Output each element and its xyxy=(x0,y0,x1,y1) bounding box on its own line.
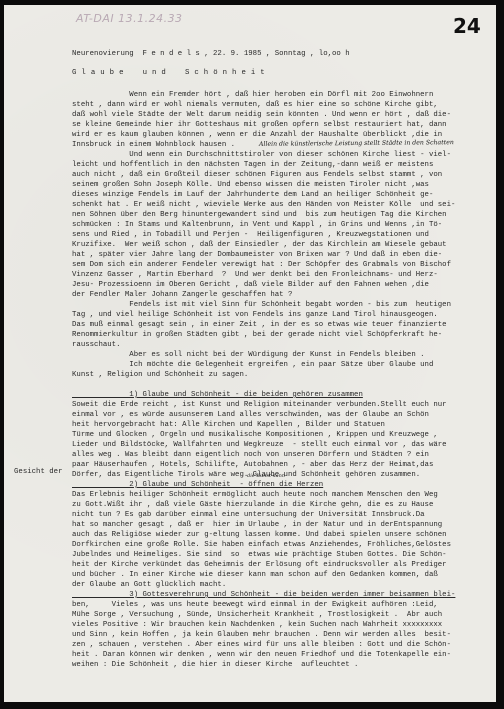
text-line: Tag , und viel heilige Schönheit ist von… xyxy=(72,310,455,320)
text-line: auch das Religiöse wieder zur g-eltung l… xyxy=(72,530,455,540)
text-line: Vinzenz Gasser , Martin Eberhard ? Und w… xyxy=(72,270,455,280)
text-line: nicht tun ? Es gab darüber einmal eine u… xyxy=(72,510,455,520)
text-line: Soweit die Erde reicht , ist Kunst und R… xyxy=(72,400,455,410)
text-line: rausschaut. xyxy=(72,340,455,350)
archive-stamp: AT-DAI 13.1.24.33 xyxy=(76,12,183,25)
text-line: heit der Kirche verkündet das Geheimnis … xyxy=(72,560,455,570)
text-line: wird er es kaum glauben können , wenn er… xyxy=(72,130,455,140)
text-line: alles weg . Was bleibt dann eigentlich n… xyxy=(72,450,455,460)
text-line: sens und Ried , in Tobadill und Perjen -… xyxy=(72,230,455,240)
document-body: Wenn ein Fremder hört , daß hier heroben… xyxy=(72,90,455,670)
text-line: leicht und hoffentlich in den nächsten T… xyxy=(72,160,455,170)
document-heading: Neurenovierung F e n d e l s , 22. 9. 19… xyxy=(72,49,350,59)
text-line: und Sinn , kein Hoffen , ja kein Glauben… xyxy=(72,630,455,640)
text-line: seinem großen Sohn Joseph Kölle. Und ebe… xyxy=(72,180,455,190)
text-line: der Glaube an Gott glücklich macht. xyxy=(72,580,455,590)
text-line: se kleine Gemeinde hier ihr Gotteshaus m… xyxy=(72,120,455,130)
text-line: und bücher . In einer Kirche wie dieser … xyxy=(72,570,455,580)
text-line: Ich möchte die Gelegenheit ergreifen , e… xyxy=(72,360,455,370)
text-line: Kunst , Religion und Schönheit zu sagen. xyxy=(72,370,455,380)
page-number: 24 xyxy=(453,14,481,38)
text-line: hat , später vier Jahre lang der Dombaum… xyxy=(72,250,455,260)
text-line: Das Erlebnis heiliger Schönheit ermöglic… xyxy=(72,490,455,500)
text-line: Jubelndes und Heimeliges. Sie sind so et… xyxy=(72,550,455,560)
text-line: nen Söhnen über den Berg hinuntergewande… xyxy=(72,210,455,220)
text-line xyxy=(72,380,455,390)
text-line: Türme und Glocken , Orgeln und musikalis… xyxy=(72,430,455,440)
text-line: Kruzifixe. Wer weiß schon , daß der Eins… xyxy=(72,240,455,250)
text-line: paar Häuserhaufen , Hotels, Schilifte, A… xyxy=(72,460,455,470)
document-page: AT-DAI 13.1.24.33 24 Neurenovierung F e … xyxy=(4,5,496,702)
text-line: Renommierkultur in großen Städten gibt ,… xyxy=(72,330,455,340)
text-line: vieles Positive : Wir brauchen kein Nach… xyxy=(72,620,455,630)
text-line: daß wohl viele Städte der Welt darum nei… xyxy=(72,110,455,120)
text-line: schmücken : In Stams und Kaltenbrunn, in… xyxy=(72,220,455,230)
text-line: Jesu- Prozessioenn im Oberen Gericht , d… xyxy=(72,280,455,290)
text-line: sem Dom sich ein anderer Fendeler verewi… xyxy=(72,260,455,270)
margin-note: Gesicht der xyxy=(14,467,62,477)
text-line: Das muß einmal gesagt sein , in einer Ze… xyxy=(72,320,455,330)
document-title: G l a u b e u n d S c h ö n h e i t xyxy=(72,68,265,78)
text-line: hat so mancher gesagt , daß er hier im U… xyxy=(72,520,455,530)
text-line: auch nicht , daß ein Großteil dieser sch… xyxy=(72,170,455,180)
text-line: steht , dann wird er wohl niemals vermut… xyxy=(72,100,455,110)
text-line: 2) Glaube und Schönheit - öffnen die Her… xyxy=(72,480,455,490)
text-line: heit hervorgebracht hat: Alle Kirchen un… xyxy=(72,420,455,430)
text-line: Und wenn ein Durchschnittstiroler von di… xyxy=(72,150,455,160)
text-line: schenkt hat . Er weiß nicht , wieviele W… xyxy=(72,200,455,210)
text-line: Mühe Sorge , Versuchung , Sünde, Unsiche… xyxy=(72,610,455,620)
text-line: Fendels ist mit viel Sinn für Schönheit … xyxy=(72,300,455,310)
text-line: Aber es soll nicht bei der Würdigung der… xyxy=(72,350,455,360)
text-line: zen , schauen , verstehen . Aber eines w… xyxy=(72,640,455,650)
text-line: einmal vor , es würde ausunserem Land al… xyxy=(72,410,455,420)
text-line: der Fendler Maler Johann Zangerle gescha… xyxy=(72,290,455,300)
text-line: ben, Vieles , was uns heute beewegt wird… xyxy=(72,600,455,610)
text-line: zu Gott.Wißt ihr , daß viele Gäste hierz… xyxy=(72,500,455,510)
text-line: dieses winzige Fendels im Lauf der Jahrh… xyxy=(72,190,455,200)
text-line: Dorfkirchen eine große Rolle. Sie haben … xyxy=(72,540,455,550)
text-line: 1) Glaube und Schönheit - die beiden geh… xyxy=(72,390,455,400)
text-line: heit . Daran können wir denken , wenn wi… xyxy=(72,650,455,660)
text-line: Lieder und Bildstöcke, Wallfahrten und W… xyxy=(72,440,455,450)
handwritten-insertion: die Kunst kann xyxy=(247,473,285,479)
text-line: 3) Gottesverehrung und Schönheit - die b… xyxy=(72,590,455,600)
text-line: Wenn ein Fremder hört , daß hier heroben… xyxy=(72,90,455,100)
text-line: weihen : Die Schönheit , die hier in die… xyxy=(72,660,455,670)
